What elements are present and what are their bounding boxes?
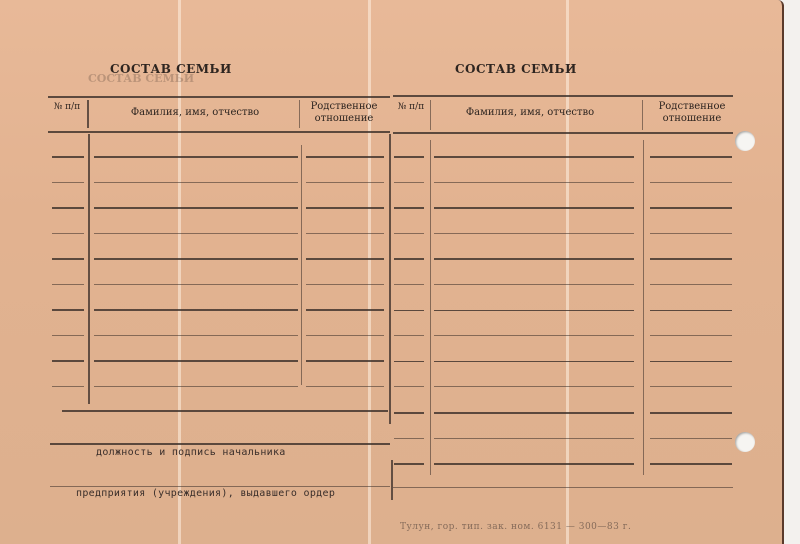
- right-row-name-line: [434, 335, 634, 336]
- right-row-number-line: [394, 412, 424, 414]
- signature-caption-2: предприятия (учреждения), выдавшего орде…: [76, 488, 335, 499]
- left-body-divider: [88, 134, 90, 404]
- left-row-number-line: [52, 258, 84, 260]
- right-row-number-line: [394, 335, 424, 336]
- right-row-name-line: [434, 233, 634, 234]
- left-header-divider: [299, 100, 300, 128]
- center-divider-lower: [391, 460, 393, 500]
- center-divider: [389, 134, 391, 424]
- right-header-bottom-rule: [393, 132, 733, 134]
- right-col-name-header: Фамилия, имя, отчество: [440, 107, 620, 119]
- right-row-name-line: [434, 284, 634, 285]
- left-row-name-line: [94, 233, 298, 234]
- left-body-divider: [301, 145, 302, 385]
- left-table-footer-rule: [62, 410, 388, 412]
- right-row-number-line: [394, 207, 424, 209]
- fold-crease: [368, 0, 371, 544]
- right-row-relation-line: [650, 233, 732, 234]
- right-row-relation-line: [650, 412, 732, 414]
- left-row-relation-line: [306, 360, 384, 362]
- right-row-name-line: [434, 361, 634, 363]
- form-sheet: СОСТАВ СЕМЬИ СОСТАВ СЕМЬИ № п/п Фамилия,…: [0, 0, 784, 544]
- right-row-number-line: [394, 463, 424, 465]
- right-row-name-line: [434, 207, 634, 209]
- left-row-number-line: [52, 284, 84, 285]
- printer-imprint: Тулун, гор. тип. зак. ном. 6131 — 300—83…: [400, 522, 631, 532]
- right-row-relation-line: [650, 463, 732, 465]
- right-row-name-line: [434, 156, 634, 158]
- right-row-name-line: [434, 182, 634, 183]
- left-row-relation-line: [306, 207, 384, 209]
- left-row-number-line: [52, 386, 84, 387]
- signature-rule-2: [50, 486, 390, 487]
- right-body-divider: [643, 140, 644, 475]
- left-row-number-line: [52, 233, 84, 234]
- right-row-number-line: [394, 386, 424, 387]
- signature-rule-1: [50, 443, 390, 445]
- signature-caption-1: должность и подпись начальника: [96, 447, 286, 458]
- right-row-name-line: [434, 310, 634, 312]
- right-row-number-line: [394, 156, 424, 158]
- left-col-name-header: Фамилия, имя, отчество: [100, 107, 290, 119]
- left-row-name-line: [94, 182, 298, 183]
- left-row-name-line: [94, 258, 298, 260]
- left-row-relation-line: [306, 156, 384, 158]
- left-row-name-line: [94, 386, 298, 387]
- punch-hole-icon: [735, 432, 755, 452]
- right-table-footer-rule: [393, 487, 733, 488]
- left-row-relation-line: [306, 386, 384, 387]
- right-row-relation-line: [650, 438, 732, 439]
- left-row-name-line: [94, 284, 298, 285]
- left-row-relation-line: [306, 182, 384, 183]
- right-row-number-line: [394, 258, 424, 260]
- right-row-relation-line: [650, 258, 732, 260]
- right-header-top-rule: [393, 95, 733, 97]
- right-row-name-line: [434, 438, 634, 439]
- right-body-divider: [430, 140, 431, 475]
- left-row-relation-line: [306, 309, 384, 311]
- right-row-relation-line: [650, 386, 732, 387]
- left-row-name-line: [94, 156, 298, 158]
- left-header-top-rule: [48, 96, 390, 98]
- right-table-title: СОСТАВ СЕМЬИ: [455, 62, 577, 76]
- left-row-name-line: [94, 207, 298, 209]
- left-row-name-line: [94, 360, 298, 362]
- left-row-number-line: [52, 207, 84, 209]
- right-row-relation-line: [650, 156, 732, 158]
- left-header-divider: [87, 100, 89, 128]
- left-row-number-line: [52, 156, 84, 158]
- left-row-relation-line: [306, 284, 384, 285]
- left-row-number-line: [52, 309, 84, 311]
- left-row-number-line: [52, 360, 84, 362]
- right-row-number-line: [394, 284, 424, 285]
- left-row-number-line: [52, 182, 84, 183]
- right-row-name-line: [434, 463, 634, 465]
- left-row-relation-line: [306, 258, 384, 260]
- right-row-relation-line: [650, 310, 732, 312]
- right-row-number-line: [394, 233, 424, 234]
- right-row-relation-line: [650, 182, 732, 183]
- right-col-relation-header: Родственное отношение: [652, 101, 732, 125]
- right-row-relation-line: [650, 335, 732, 336]
- left-row-relation-line: [306, 335, 384, 336]
- right-row-name-line: [434, 386, 634, 387]
- left-col-relation-header: Родственное отношение: [304, 101, 384, 125]
- left-row-number-line: [52, 335, 84, 336]
- punch-hole-icon: [735, 131, 755, 151]
- right-row-number-line: [394, 182, 424, 183]
- right-row-number-line: [394, 361, 424, 363]
- right-row-relation-line: [650, 361, 732, 363]
- left-row-relation-line: [306, 233, 384, 234]
- right-row-number-line: [394, 310, 424, 312]
- right-row-relation-line: [650, 284, 732, 285]
- right-row-name-line: [434, 412, 634, 414]
- left-col-number-header: № п/п: [52, 101, 82, 113]
- left-ghost-title: СОСТАВ СЕМЬИ: [88, 72, 194, 85]
- right-header-divider: [430, 100, 431, 130]
- right-row-number-line: [394, 438, 424, 439]
- right-row-relation-line: [650, 207, 732, 209]
- right-row-name-line: [434, 258, 634, 260]
- right-header-divider: [642, 100, 643, 130]
- left-row-name-line: [94, 309, 298, 311]
- left-row-name-line: [94, 335, 298, 336]
- left-header-bottom-rule: [48, 131, 390, 133]
- right-col-number-header: № п/п: [394, 101, 428, 113]
